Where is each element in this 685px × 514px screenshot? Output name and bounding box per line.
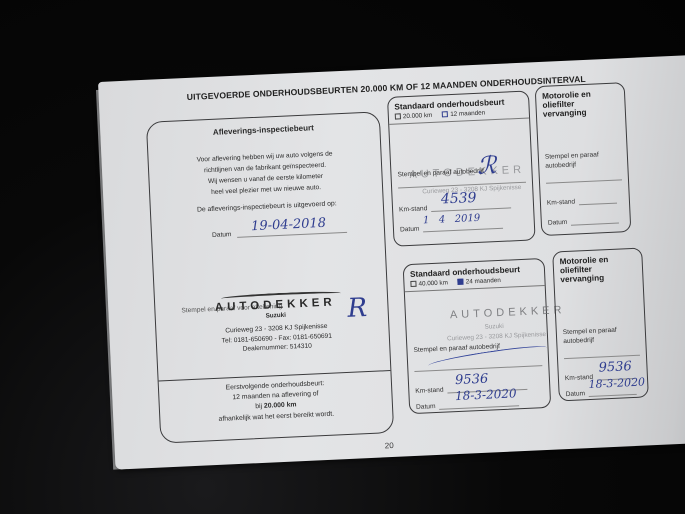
date-line: 18-3-2020: [439, 394, 519, 410]
km-field: Km-stand 4539: [399, 196, 512, 213]
handwritten-date: 19-04-2018: [251, 216, 327, 234]
date-line: 1 4 2019: [423, 217, 503, 233]
date-line: [571, 212, 619, 226]
checkbox-icon[interactable]: [395, 113, 401, 119]
delivery-inspection-title: Afleverings-inspectiebeurt: [147, 120, 379, 140]
km-option-label: 40.000 km: [418, 279, 448, 287]
oil-change-entry-2: Motorolie enoliefilter vervanging Stempe…: [552, 247, 649, 401]
stamp-field: Stempel en paraafautobedrijf: [563, 326, 618, 346]
months-option[interactable]: 12 maanden: [442, 109, 485, 118]
handwritten-km: 9536: [598, 359, 632, 375]
km-option[interactable]: 20.000 km: [395, 112, 433, 121]
next-service-info: Eerstvolgende onderhoudsbeurt: 12 maande…: [159, 376, 393, 427]
oil-title: Motorolie enoliefilter vervanging: [553, 249, 642, 285]
faint-stamp-make: Suzuki: [484, 323, 503, 331]
months-option[interactable]: 24 maanden: [458, 277, 501, 286]
title-line: oliefilter vervanging: [560, 265, 604, 284]
handwritten-date: 1 4 2019: [423, 213, 481, 227]
handwritten-date: 18-3-2020: [455, 386, 517, 403]
stamp-label: autobedrijf: [563, 335, 617, 346]
months-option-label: 24 maanden: [466, 277, 501, 286]
checked-checkbox-icon[interactable]: [458, 279, 464, 285]
km-option[interactable]: 40.000 km: [410, 279, 448, 288]
inspection-done-label: De afleverings-inspectiebeurt is uitgevo…: [151, 198, 383, 216]
km-label: Km-stand: [399, 205, 428, 213]
page-number: 20: [385, 441, 394, 450]
faint-stamp-address: Curieweg 23 - 3208 KJ Spijkenisse: [447, 331, 546, 342]
date-field: Datum 1 4 2019: [400, 217, 504, 234]
maintenance-booklet-page: UITGEVOERDE ONDERHOUDSBEURTEN 20.000 KM …: [98, 53, 685, 470]
oil-title: Motorolie enoliefilter vervanging: [536, 83, 625, 119]
stamp-label: autobedrijf: [545, 159, 599, 170]
date-field: Datum 18-3-2020: [416, 394, 520, 411]
service-entry-2: Standaard onderhoudsbeurt 40.000 km 24 m…: [403, 258, 552, 414]
km-line: [579, 192, 618, 206]
stamp-field: Stempel en paraafautobedrijf: [545, 150, 600, 170]
date-line: 19-04-2018: [237, 221, 347, 238]
date-line: 18-3-2020: [589, 383, 637, 397]
handwritten-km: 4539: [441, 190, 477, 208]
date-label: Datum: [548, 219, 568, 227]
service-entry-1: Standaard onderhoudsbeurt 20.000 km 12 m…: [387, 90, 536, 246]
date-label: Datum: [566, 390, 586, 398]
km-option-label: 20.000 km: [403, 112, 433, 120]
checkbox-icon[interactable]: [410, 281, 416, 287]
km-label: Km-stand: [415, 387, 444, 395]
handwritten-date: 18-3-2020: [588, 376, 645, 392]
title-line: oliefilter vervanging: [542, 99, 586, 118]
date-field: Datum 18-3-2020: [565, 383, 637, 398]
text-prefix: bij: [255, 403, 262, 410]
handwritten-signature: ℛ: [477, 151, 497, 180]
delivery-date-field: Datum 19-04-2018: [212, 221, 348, 239]
handwritten-km: 9536: [455, 372, 489, 388]
delivery-inspection-box: Afleverings-inspectiebeurt Voor afleveri…: [146, 111, 394, 443]
months-option-label: 12 maanden: [450, 109, 485, 118]
date-label: Datum: [416, 403, 436, 411]
dealer-stamp: AUTODEKKER Suzuki Curieweg 23 - 3208 KJ …: [185, 295, 367, 357]
handwritten-initials: R: [347, 293, 368, 324]
oil-change-entry-1: Motorolie enoliefilter vervanging Stempe…: [535, 82, 632, 236]
km-label: Km-stand: [547, 198, 576, 206]
faint-stamp-brand: AUTODEKKER: [450, 304, 566, 321]
divider: [546, 179, 622, 183]
delivery-inspection-text: Voor aflevering hebben wij uw auto volge…: [154, 147, 376, 201]
date-label: Datum: [212, 231, 232, 239]
km-field: Km-stand: [547, 192, 618, 207]
date-label: Datum: [400, 226, 420, 234]
km-line: 4539: [431, 196, 511, 212]
checked-checkbox-icon[interactable]: [442, 111, 448, 117]
date-field: Datum: [547, 212, 619, 227]
km-interval: 20.000 km: [264, 402, 297, 410]
